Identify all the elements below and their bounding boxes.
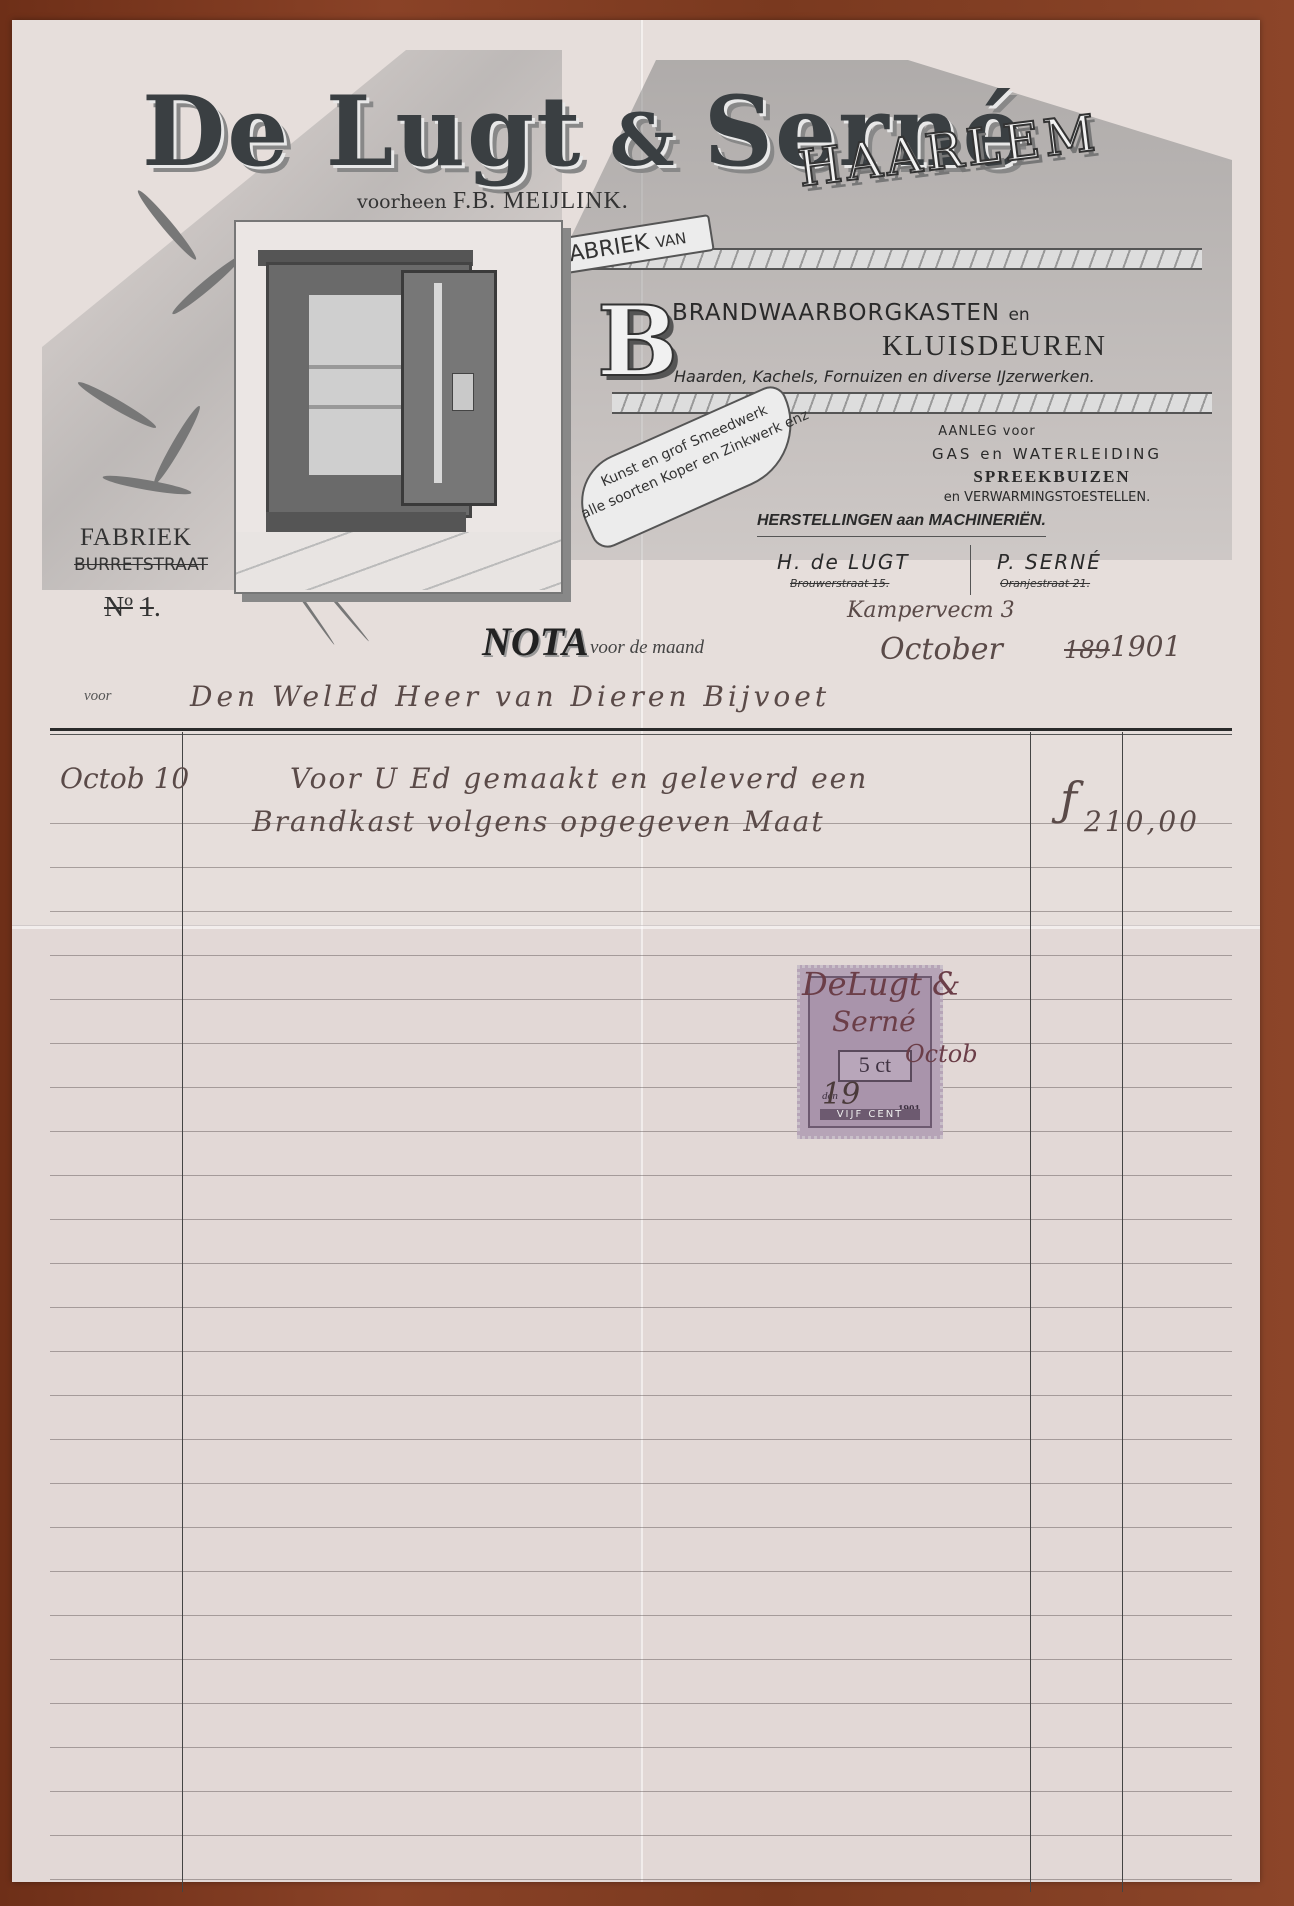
stamp-signature-1: DeLugt &	[802, 965, 960, 1003]
factory-number: Nº 1.	[104, 592, 161, 624]
amount-column-divider	[1030, 732, 1031, 1892]
date-column-divider	[182, 732, 183, 1892]
addressee: Den WelEd Heer van Dieren Bijvoet	[190, 680, 830, 713]
safe-door	[401, 270, 497, 506]
stamp-signature-3: Octob	[905, 1040, 978, 1068]
service-line-2: GAS en WATERLEIDING	[882, 445, 1212, 463]
invoice-title: NOTA	[482, 618, 589, 665]
safe-interior	[309, 295, 409, 475]
ruled-lines	[50, 780, 1232, 1880]
product-main: BRANDWAARBORGKASTEN en	[672, 300, 1030, 326]
guilder-sign: ƒ	[1060, 772, 1077, 826]
safe-illustration	[234, 220, 563, 594]
invoice-month: October	[880, 632, 1003, 667]
entry-description-line-2: Brandkast volgens opgegeven Maat	[252, 805, 825, 838]
owner-address-1: Brouwerstraat 15.	[790, 577, 889, 590]
safe-base	[266, 512, 466, 532]
decorative-bar-bottom	[612, 392, 1212, 414]
table-top-rule	[50, 728, 1232, 731]
invoice-year: 1901	[1110, 630, 1181, 663]
printed-year-struck: 189	[1064, 636, 1110, 664]
service-line-3: SPREEKBUIZEN	[932, 467, 1172, 487]
owner-name-2: P. SERNÉ	[997, 550, 1102, 574]
entry-amount: 210,00	[1084, 805, 1200, 838]
owner-name-1: H. de LUGT	[777, 550, 910, 574]
service-line-4: en VERWARMINGSTOESTELLEN.	[882, 490, 1212, 505]
addressee-label: voor	[84, 688, 112, 705]
service-line-5: HERSTELLINGEN aan MACHINERIËN.	[757, 512, 1046, 537]
product-second: KLUISDEUREN	[882, 330, 1107, 363]
owner-address-2: Oranjestraat 21.	[1000, 577, 1090, 590]
initial-letter-b: B	[597, 285, 678, 398]
stamp-signature-2: Serné	[832, 1005, 916, 1038]
cents-column-divider	[1122, 732, 1123, 1892]
tiled-floor	[236, 532, 561, 590]
product-line: Haarden, Kachels, Fornuizen en diverse I…	[674, 367, 1095, 386]
factory-street: BURRETSTRAAT	[74, 555, 208, 575]
entry-date: Octob 10	[60, 762, 189, 795]
stamp-day: 19	[822, 1077, 860, 1112]
safe-bolt	[434, 283, 442, 483]
safe-lock	[452, 373, 474, 411]
entry-description-line-1: Voor U Ed gemaakt en geleverd een	[290, 762, 868, 795]
month-label: voor de maand	[590, 637, 704, 659]
previously-line: voorheen F.B. MEIJLINK.	[357, 188, 629, 215]
service-line-1: AANLEG voor	[872, 424, 1102, 439]
handwritten-address: Kamperveст 3	[847, 598, 1015, 623]
factory-label: FABRIEK	[80, 524, 192, 552]
invoice-paper: De Lugt & Serné voorheen F.B. MEIJLINK. …	[12, 20, 1260, 1882]
table-top-rule-thin	[50, 734, 1232, 735]
owner-separator	[970, 545, 971, 595]
